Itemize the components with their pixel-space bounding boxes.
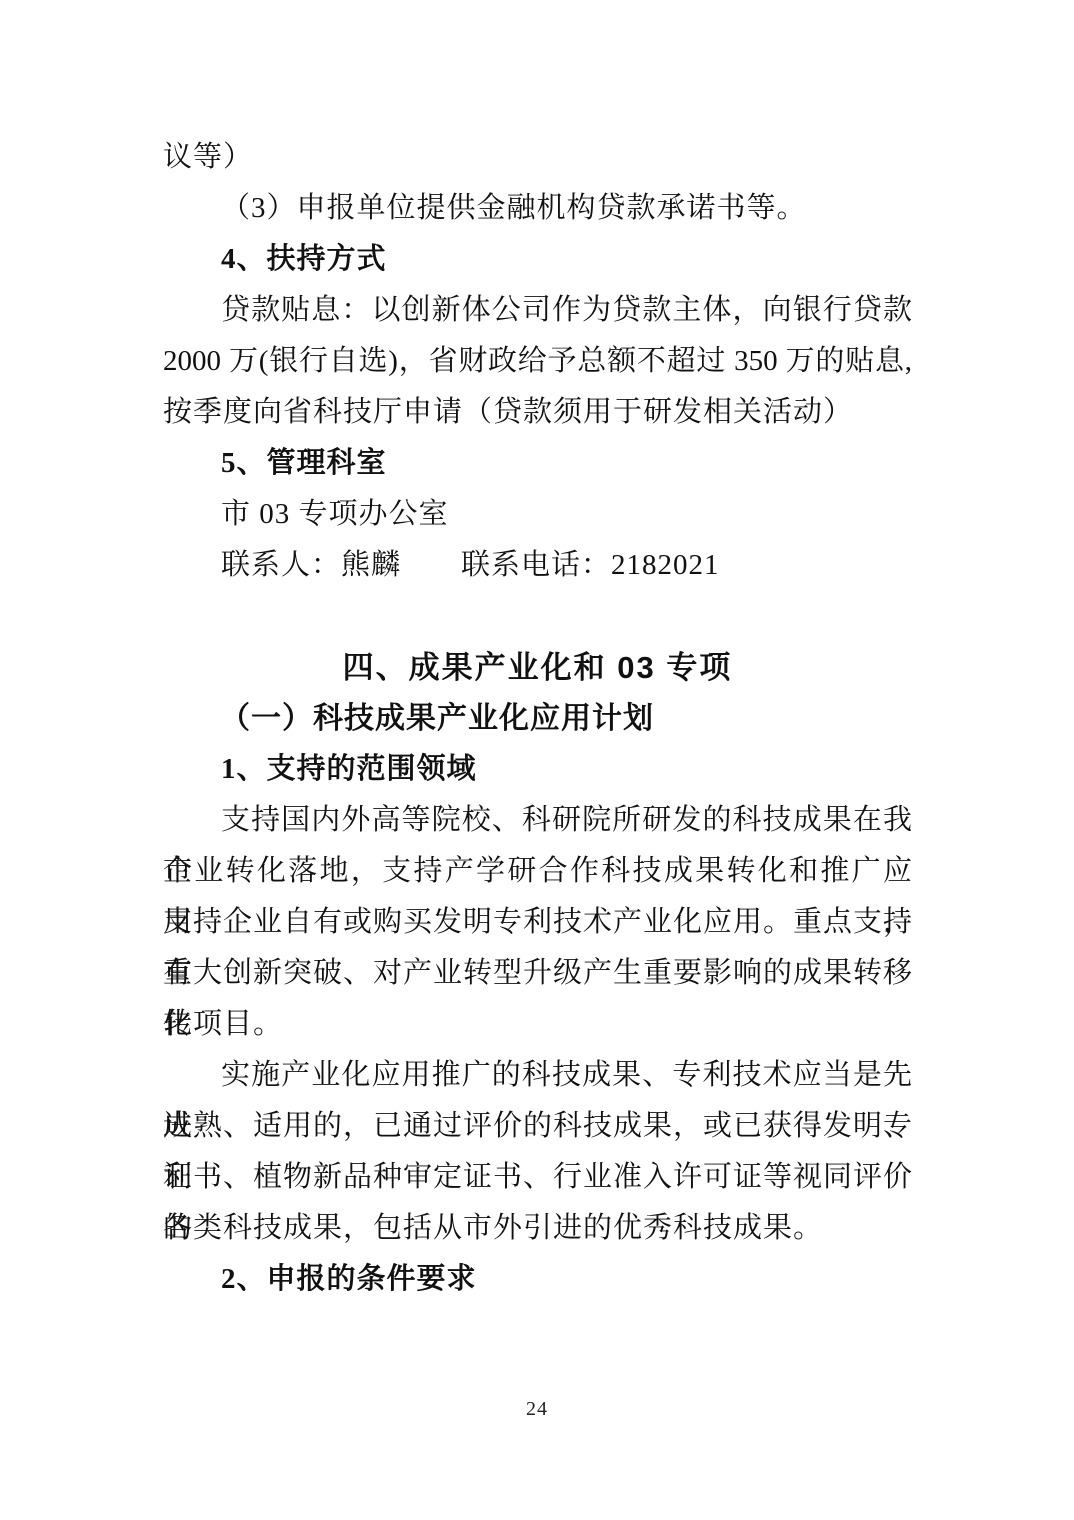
paragraph-scope-line-4: 重大创新突破、对产业转型升级产生重要影响的成果转移转 xyxy=(163,948,912,999)
paragraph-results-line-1: 实施产业化应用推广的科技成果、专利技术应当是先进、 xyxy=(163,1050,912,1101)
paragraph-contact-info: 联系人：熊麟 联系电话：2182021 xyxy=(163,540,912,591)
paragraph-scope-line-2: 企业转化落地，支持产学研合作科技成果转化和推广应用， xyxy=(163,846,912,897)
paragraph-scope-line-3: 支持企业自有或购买发明专利技术产业化应用。重点支持有 xyxy=(163,897,912,948)
paragraph-results-line-4: 各类科技成果，包括从市外引进的优秀科技成果。 xyxy=(163,1203,912,1254)
document-body: 议等） （3）申报单位提供金融机构贷款承诺书等。 4、扶持方式 贷款贴息：以创新… xyxy=(163,132,912,1305)
paragraph-scope-line-1: 支持国内外高等院校、科研院所研发的科技成果在我市 xyxy=(163,795,912,846)
heading-support-scope: 1、支持的范围领域 xyxy=(163,744,912,795)
heading-support-method: 4、扶持方式 xyxy=(163,234,912,285)
section-title: 四、成果产业化和 03 专项 xyxy=(163,642,912,693)
paragraph-item-3: （3）申报单位提供金融机构贷款承诺书等。 xyxy=(163,183,912,234)
heading-application-requirements: 2、申报的条件要求 xyxy=(163,1254,912,1305)
paragraph-continuation: 议等） xyxy=(163,132,912,183)
paragraph-loan-discount-line-3: 按季度向省科技厅申请（贷款须用于研发相关活动） xyxy=(163,387,912,438)
subsection-title: （一）科技成果产业化应用计划 xyxy=(163,693,912,744)
heading-management-office: 5、管理科室 xyxy=(163,438,912,489)
paragraph-loan-discount-line-2: 2000 万(银行自选)，省财政给予总额不超过 350 万的贴息, xyxy=(163,336,912,387)
page-number: 24 xyxy=(0,1398,1074,1421)
paragraph-scope-line-5: 化项目。 xyxy=(163,999,912,1050)
document-page: 议等） （3）申报单位提供金融机构贷款承诺书等。 4、扶持方式 贷款贴息：以创新… xyxy=(0,0,1074,1520)
paragraph-office-name: 市 03 专项办公室 xyxy=(163,489,912,540)
paragraph-results-line-3: 证书、植物新品种审定证书、行业准入许可证等视同评价的 xyxy=(163,1152,912,1203)
paragraph-loan-discount-line-1: 贷款贴息：以创新体公司作为贷款主体，向银行贷款 xyxy=(163,285,912,336)
paragraph-results-line-2: 成熟、适用的，已通过评价的科技成果，或已获得发明专利 xyxy=(163,1101,912,1152)
